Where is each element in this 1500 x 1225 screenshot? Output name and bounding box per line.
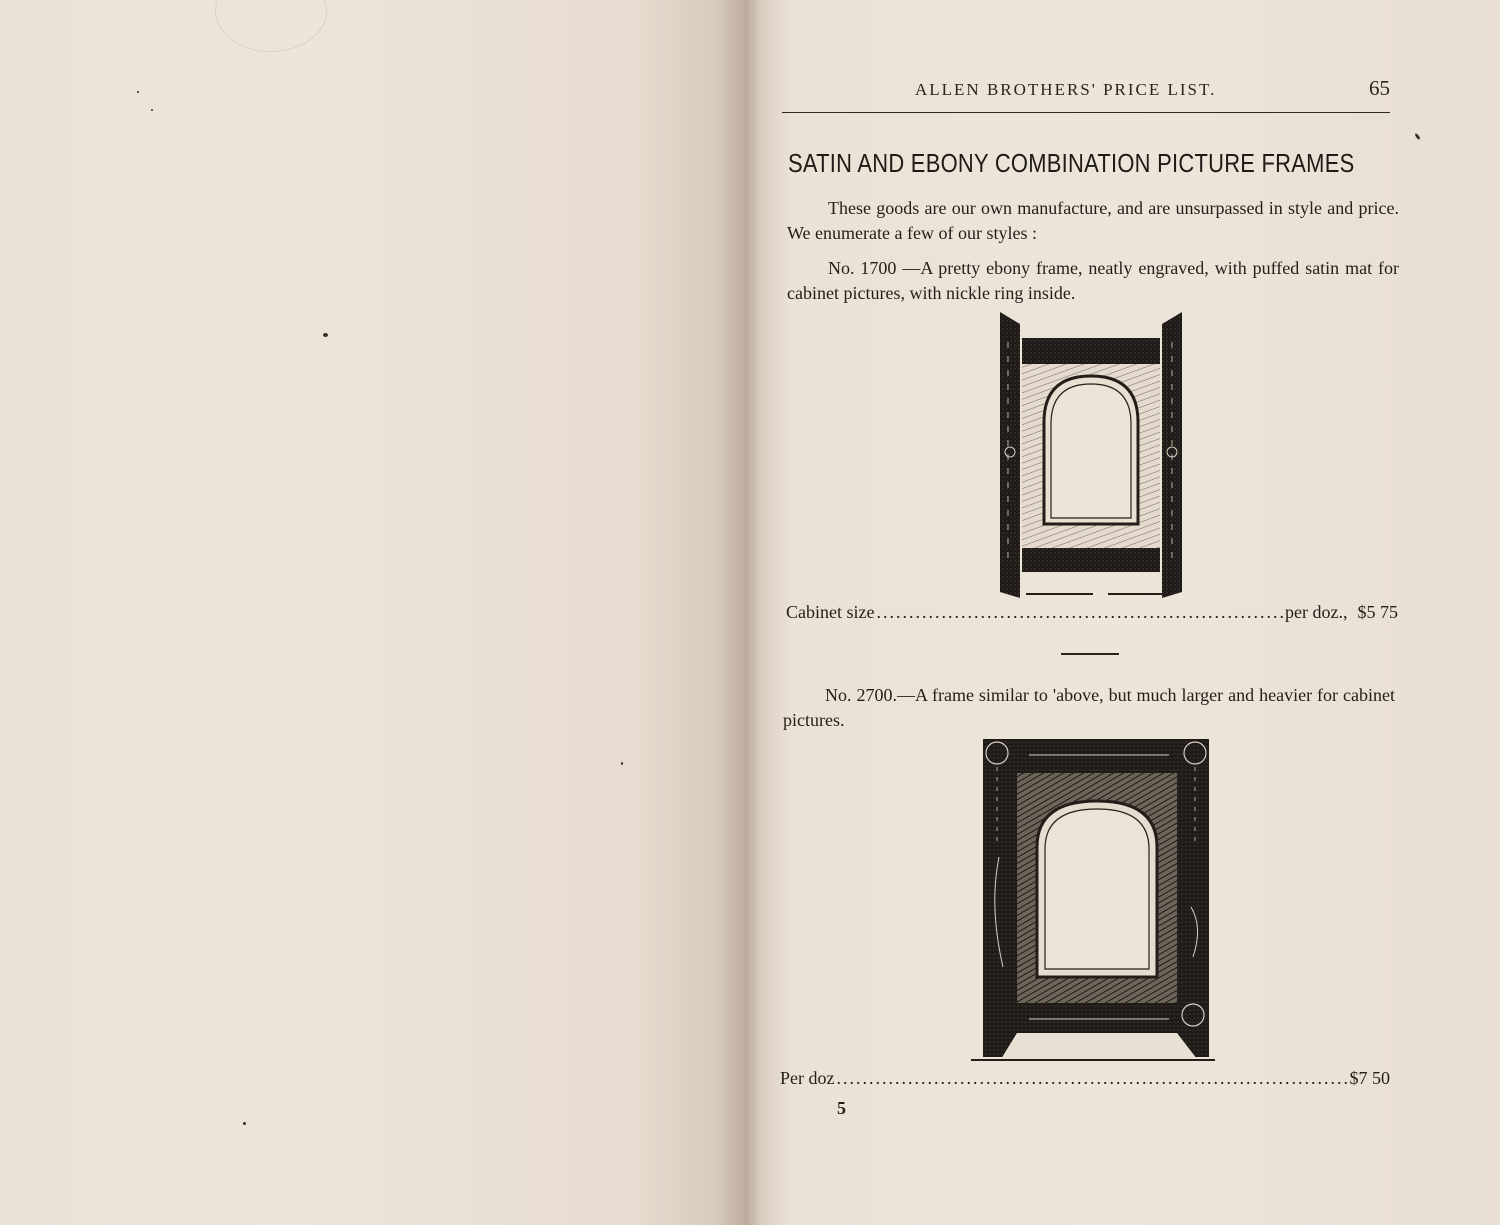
item-2700-description: No. 2700.—A frame similar to 'above, but…: [783, 683, 1395, 733]
price-amount: $5 75: [1358, 602, 1399, 623]
ebony-frame-1700-icon: [998, 312, 1184, 598]
ink-speck: [243, 1122, 246, 1125]
ebony-frame-2700-icon: [965, 737, 1215, 1063]
ink-speck: [137, 91, 139, 93]
dot-leader: ........................................…: [876, 602, 1283, 623]
price-line-2700: Per doz ................................…: [780, 1068, 1390, 1089]
water-stain: [215, 0, 327, 52]
running-head: ALLEN BROTHERS' PRICE LIST. 65: [782, 76, 1390, 104]
price-label: Per doz: [780, 1068, 834, 1089]
ink-speck: [151, 109, 153, 111]
signature-mark: 5: [837, 1098, 846, 1119]
item-1700-description: No. 1700 —A pretty ebony frame, neatly e…: [787, 256, 1399, 306]
ink-speck: [1414, 133, 1420, 140]
price-line-1700: Cabinet size ...........................…: [786, 602, 1398, 623]
ink-speck: [621, 762, 623, 765]
price-amount: $7 50: [1350, 1068, 1391, 1089]
section-divider: [1061, 653, 1119, 655]
running-title: ALLEN BROTHERS' PRICE LIST.: [915, 80, 1216, 100]
page-number: 65: [1369, 76, 1390, 101]
price-unit: per doz.,: [1285, 602, 1347, 623]
section-title: SATIN AND EBONY COMBINATION PICTURE FRAM…: [788, 150, 1314, 179]
ink-speck: [323, 333, 328, 337]
header-rule: [782, 112, 1390, 113]
price-label: Cabinet size: [786, 602, 874, 623]
dot-leader: ........................................…: [836, 1068, 1347, 1089]
intro-paragraph: These goods are our own manufacture, and…: [787, 196, 1399, 246]
left-page-blank: [0, 0, 745, 1225]
